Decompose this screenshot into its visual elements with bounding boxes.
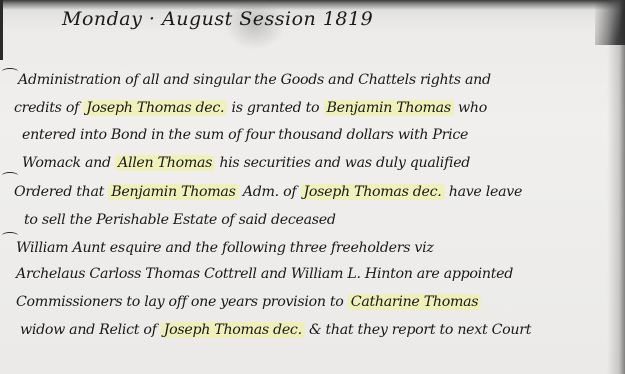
margin-flourish [2,68,18,75]
highlighted-name: Benjamin Thomas [108,184,238,200]
highlighted-name: Catharine Thomas [348,294,482,310]
record-text: have leave [445,184,523,200]
highlighted-name: Benjamin Thomas [324,100,454,116]
highlighted-name: Joseph Thomas dec. [83,100,227,116]
record-line: Ordered that Benjamin Thomas Adm. of Jos… [14,184,625,200]
highlighted-name: Joseph Thomas dec. [301,184,445,200]
record-text: who [454,100,487,116]
record-line: widow and Relict of Joseph Thomas dec. &… [20,322,625,338]
record-text: Womack and [22,155,115,171]
record-text: his securities and was duly qualified [215,155,470,171]
record-line: entered into Bond in the sum of four tho… [22,127,625,143]
margin-flourish [2,172,18,179]
record-line: William Aunt esquire and the following t… [16,240,625,256]
highlighted-name: Joseph Thomas dec. [161,322,305,338]
record-text: Archelaus Carloss Thomas Cottrell and Wi… [16,266,513,282]
document-scan: Monday · August Session 1819 Administrat… [0,0,625,374]
record-text: Ordered that [14,184,108,200]
record-text: Administration of all and singular the G… [18,72,491,88]
record-text: Commissioners to lay off one years provi… [16,294,348,310]
session-heading: Monday · August Session 1819 [62,8,625,30]
record-line: to sell the Perishable Estate of said de… [24,212,625,228]
record-text: widow and Relict of [20,322,161,338]
margin-flourish [2,232,18,239]
record-text: is granted to [227,100,323,116]
record-line: Womack and Allen Thomas his securities a… [22,155,625,171]
heading-term: August Session 1819 [162,8,373,30]
highlighted-name: Allen Thomas [115,155,215,171]
record-line: Archelaus Carloss Thomas Cottrell and Wi… [16,266,625,282]
record-line: Administration of all and singular the G… [18,72,625,88]
record-text: entered into Bond in the sum of four tho… [22,127,468,143]
record-text: Adm. of [239,184,301,200]
record-text: & that they report to next Court [305,322,531,338]
record-text: to sell the Perishable Estate of said de… [24,212,336,228]
heading-day: Monday [62,8,142,30]
record-line: Commissioners to lay off one years provi… [16,294,625,310]
record-text: credits of [14,100,83,116]
record-text: William Aunt esquire and the following t… [16,240,434,256]
scan-left-edge [0,0,3,60]
record-line: credits of Joseph Thomas dec. is granted… [14,100,625,116]
